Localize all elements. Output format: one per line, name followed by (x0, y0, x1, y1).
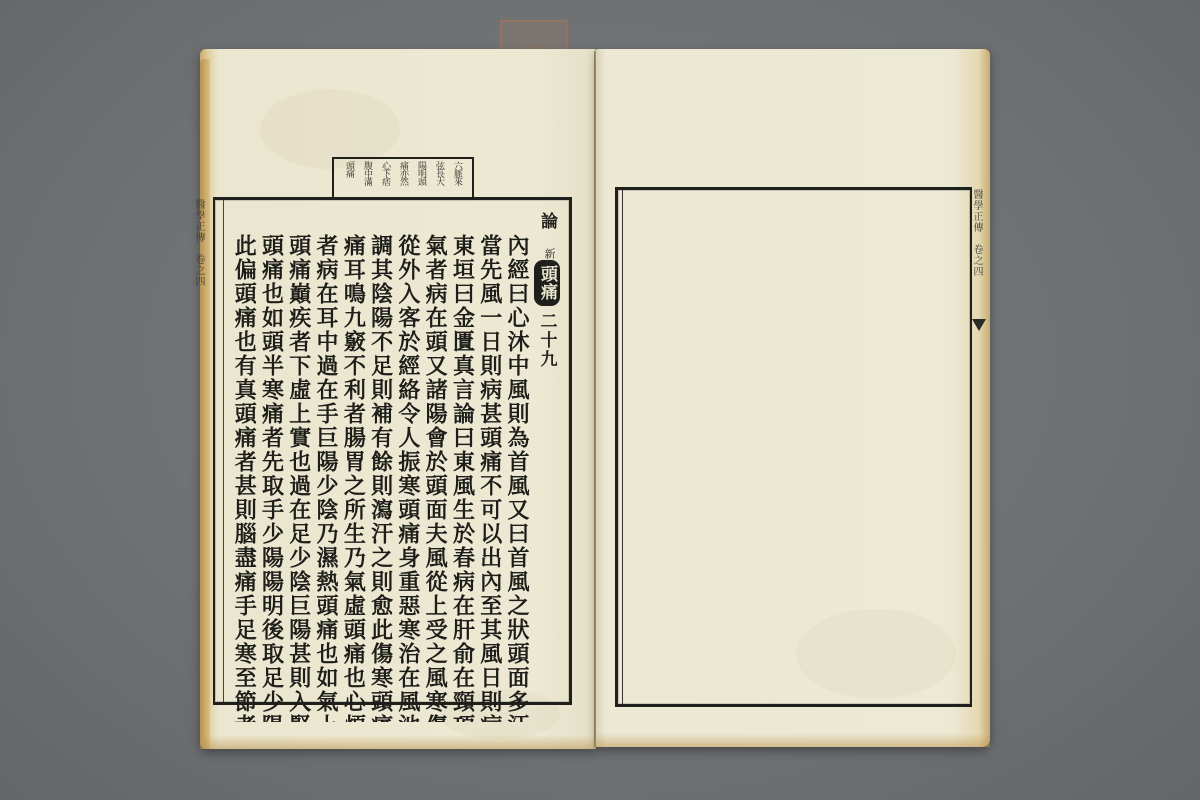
section-label: 論 (534, 208, 560, 700)
margin-title: 醫學正傳 卷之四 (972, 189, 984, 629)
text-column: 此偏頭痛也有真頭痛者甚則腦盡痛手足寒至節者死不 (231, 208, 258, 722)
open-book: 醫學正傳 卷之四 六脈來 弦長大 陽明頭 痛亦然 心下痞 腹中滿 頭痛 論 頭痛… (200, 45, 992, 750)
header-line: 陽明頭 (416, 161, 426, 185)
text-column: 當先風一日則病甚頭痛不可以出內至其風日則病少愈 (476, 208, 503, 722)
page-edge-discoloration (596, 733, 990, 747)
text-column: 頭痛巔疾者下虛上實也過在足少陰巨陽甚則入腎寒濕 (285, 208, 312, 722)
chapter-heading: 論 頭痛 二十九 (531, 208, 563, 696)
side-note: 新1 (541, 248, 557, 266)
text-column: 頭痛也如頭半寒痛者先取手少陽陽明後取足少陽陽明 (258, 208, 285, 722)
inner-border-rule (223, 200, 224, 702)
header-line: 腹中滿 (362, 161, 372, 185)
vertical-text-block: 論 頭痛 二十九 新1 內經曰心沐中風則為首風又曰首風之狀頭面多汗惡風 當先風一… (231, 208, 563, 696)
right-page: 醫學正傳 卷之四 (596, 49, 990, 747)
header-line: 六脈來 (452, 161, 462, 185)
header-line: 心下痞 (380, 161, 390, 185)
text-column: 內經曰心沐中風則為首風又曰首風之狀頭面多汗惡風 (504, 208, 531, 722)
header-line: 弦長大 (434, 161, 444, 185)
text-column: 痛耳鳴九竅不利者腸胃之所生乃氣虛頭痛也心煩頭痛 (340, 208, 367, 722)
header-line: 頭痛 (344, 161, 354, 177)
inner-border-rule (622, 190, 623, 704)
printed-text-frame: 論 頭痛 二十九 新1 內經曰心沐中風則為首風又曰首風之狀頭面多汗惡風 當先風一… (213, 197, 572, 705)
text-column: 從外入客於經絡令人振寒頭痛身重惡寒治在風池風府 (395, 208, 422, 722)
page-edge-discoloration (200, 735, 596, 749)
fore-edge-title: 醫學正傳 卷之四 (196, 199, 206, 619)
empty-printed-frame (615, 187, 972, 707)
header-annotation-box: 六脈來 弦長大 陽明頭 痛亦然 心下痞 腹中滿 頭痛 (332, 157, 474, 197)
text-column: 東垣曰金匱真言論曰東風生於春病在肝俞在頸項故春 (449, 208, 476, 722)
fishtail-mark (972, 319, 986, 331)
left-page: 醫學正傳 卷之四 六脈來 弦長大 陽明頭 痛亦然 心下痞 腹中滿 頭痛 論 頭痛… (200, 49, 596, 749)
text-column: 氣者病在頭又諸陽會於頭面夫風從上受之風寒傷上邪 (422, 208, 449, 722)
text-column: 調其陰陽不足則補有餘則瀉汗之則愈此傷寒頭痛也頭 (367, 208, 394, 722)
text-column: 者病在耳中過在手巨陽少陰乃濕熱頭痛也如氣上不下 (313, 208, 340, 722)
header-line: 痛亦然 (398, 161, 408, 185)
